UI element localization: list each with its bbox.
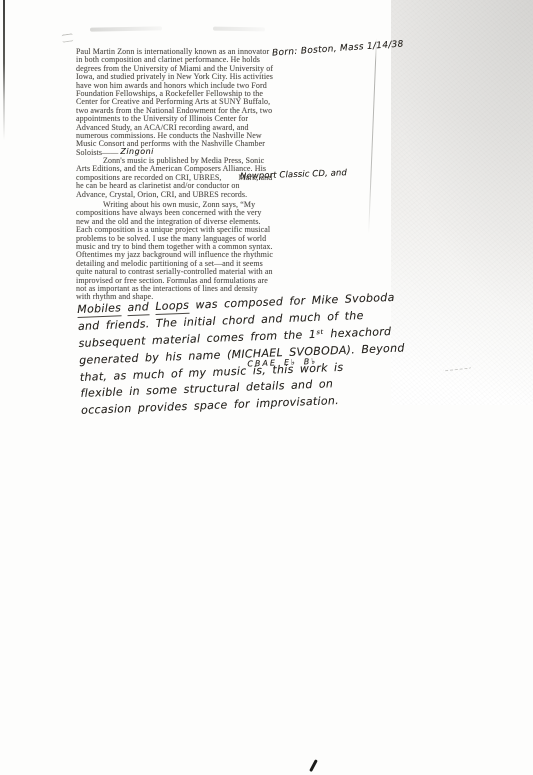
text-line-with-annotation: compositions are recorded on CRI, UBRES,…	[76, 174, 328, 182]
text-fragment: compositions are recorded on CRI, UBRES,	[76, 173, 222, 182]
page-fold-line	[368, 38, 377, 234]
underlined-title-word: and	[127, 300, 149, 315]
bio-paragraph-1: Paul Martin Zonn is internationally know…	[76, 48, 328, 157]
handwritten-program-note: Mobiles and Loops was composed for Mike …	[77, 289, 411, 420]
bio-paragraph-3: Writing about his own music, Zonn says, …	[76, 201, 328, 302]
scan-background-page-edge	[391, 0, 533, 405]
text-line: Advance, Crystal, Orion, CRI, and UBRES …	[76, 191, 328, 199]
bio-paragraph-2: Zonn's music is published by Media Press…	[76, 157, 328, 199]
underlined-title-word: Loops	[155, 299, 189, 315]
scanned-document-page: Born: Boston, Mass 1/14/38 Paul Martin Z…	[0, 0, 533, 775]
handwritten-record-annotation: Newport Classic CD, and	[240, 169, 347, 181]
scan-smudge	[61, 33, 73, 42]
typed-biography: Paul Martin Zonn is internationally know…	[76, 48, 328, 302]
handwritten-name-annotation: Zingoni	[120, 147, 154, 156]
handwritten-fragment: . Beyond	[351, 341, 405, 356]
hexachord-pitch-annotation: CBAE E♭ B♭	[247, 354, 317, 374]
scan-edge-line	[3, 0, 5, 140]
scan-smudge	[90, 26, 162, 31]
scan-smudge	[213, 27, 265, 32]
pen-mark	[309, 759, 317, 772]
underlined-title-word: Mobiles	[77, 301, 121, 317]
